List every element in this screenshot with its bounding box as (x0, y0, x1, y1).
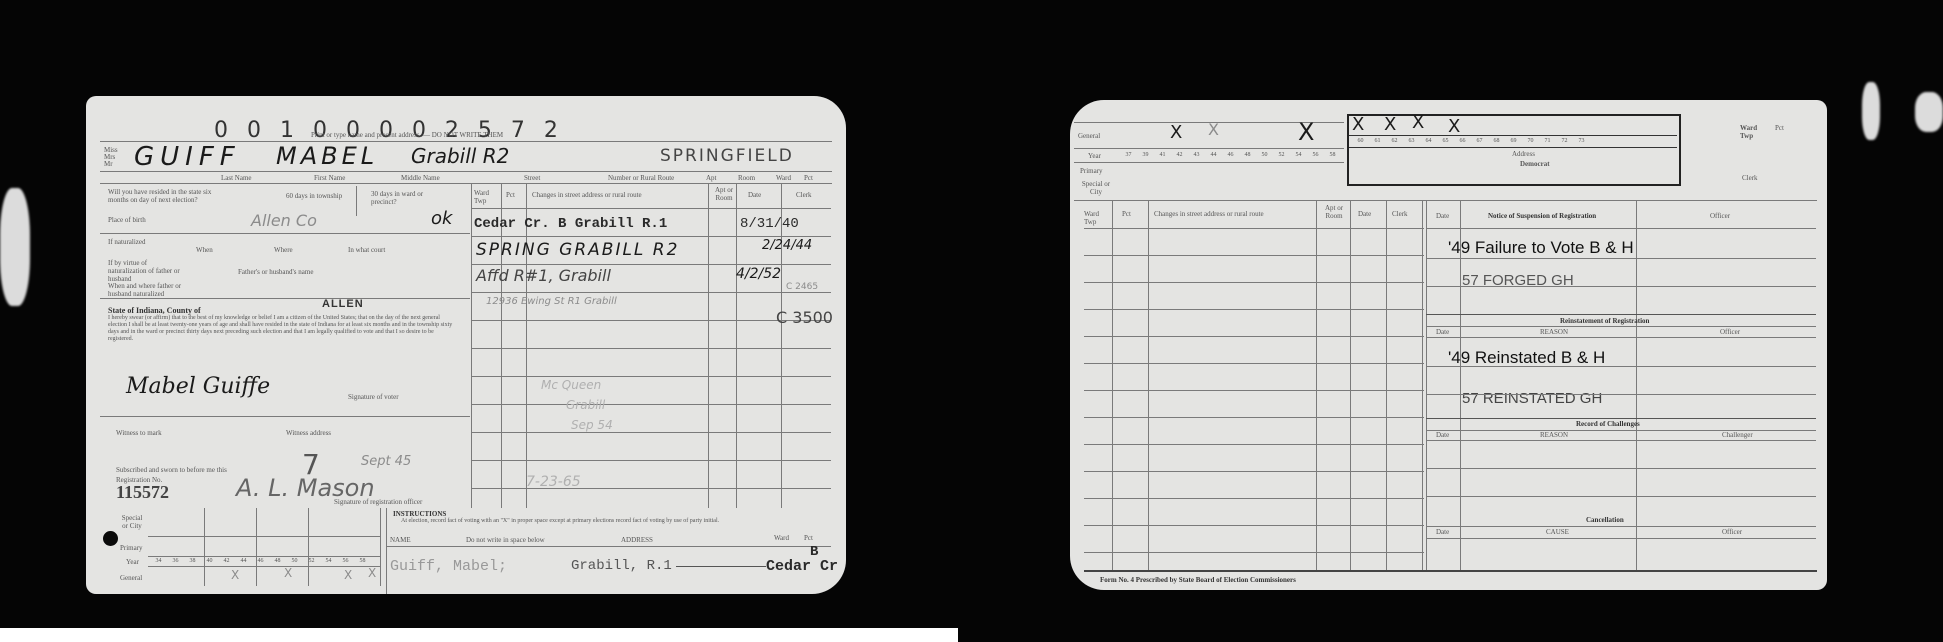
label-first-name: First Name (314, 174, 345, 182)
label-ward: Ward (776, 174, 791, 182)
label-when: When (196, 246, 213, 254)
vote-label-special: Special or City (120, 514, 144, 530)
year-cell: 54 (320, 558, 337, 564)
suspension-header-date: Date (1436, 212, 1449, 220)
ward-answer: ok (431, 208, 452, 229)
vote-label-primary: Primary (120, 544, 143, 552)
year-cell: 36 (167, 558, 184, 564)
vote-mark: X (1170, 122, 1182, 143)
residence-answer: Allen Co (251, 211, 317, 230)
question-residence: Will you have resided in the state six m… (108, 188, 218, 204)
registration-card-back: General Year Primary Special or City 37 … (1070, 100, 1827, 590)
year-cell: 42 (1171, 152, 1188, 158)
label-street: Street (524, 174, 540, 182)
label-pct: Pct (804, 174, 813, 182)
oath-text: I hereby swear (or affirm) that to the b… (108, 315, 460, 343)
grid-label-pct: Pct (1775, 124, 1784, 132)
registration-number: 115572 (116, 482, 169, 503)
grid-label-clerk: Clerk (1742, 174, 1758, 182)
street-handwritten: Grabill R2 (411, 144, 509, 168)
year-cell: 54 (1290, 152, 1307, 158)
registration-card-front: 0 0 1 0 0 0 0 2 5 7 2 Print or type name… (86, 96, 846, 594)
grid-label-address: Address (1512, 150, 1535, 158)
year-cell: 60 (1352, 138, 1369, 144)
question-township: 60 days in township (286, 192, 346, 200)
vote-mark: X (1448, 116, 1460, 137)
witness-address-label: Witness address (286, 429, 331, 437)
label-fathers-name: Father's or husband's name (238, 268, 313, 276)
label-naturalized: If naturalized (108, 238, 148, 246)
challenges-header-reason: REASON (1540, 431, 1568, 439)
label-room: Room (738, 174, 755, 182)
reinstatement-header-date: Date (1436, 328, 1449, 336)
year-cell: 61 (1369, 138, 1386, 144)
change-date-5: C 3500 (776, 308, 833, 327)
subscribed-label: Subscribed and sworn to before me this (116, 466, 227, 474)
grid-label-primary: Primary (1080, 167, 1103, 175)
change-date-1: 8/31/40 (740, 216, 799, 232)
change-row-2: SPRING GRABILL R2 (476, 240, 679, 260)
faint-note-4: 7-23-65 (526, 474, 581, 490)
year-cell: 70 (1522, 138, 1539, 144)
cancellation-header-date: Date (1436, 528, 1449, 536)
oath-month-year: Sept 45 (361, 454, 411, 469)
back-changes-header-pct: Pct (1122, 210, 1131, 218)
grid-label-democrat: Democrat (1520, 160, 1550, 168)
year-cell: 37 (1120, 152, 1137, 158)
year-cell: 48 (1239, 152, 1256, 158)
label-where: Where (274, 246, 293, 254)
vote-mark: X (1208, 120, 1219, 139)
vote-mark: X (284, 566, 292, 580)
punch-hole (103, 531, 118, 546)
last-name: GUIFF (134, 142, 241, 172)
year-row-right: 60 61 62 63 64 65 66 67 68 69 70 71 72 7… (1352, 138, 1590, 144)
instructions-do-not-write: Do not write in space below (466, 536, 545, 544)
year-cell: 44 (235, 558, 252, 564)
suspension-header-notice: Notice of Suspension of Registration (1488, 212, 1596, 220)
scan-artifact (0, 188, 30, 306)
label-last-name: Last Name (221, 174, 252, 182)
back-changes-header-ward: Ward Twp (1084, 210, 1109, 226)
year-cell: 62 (1386, 138, 1403, 144)
year-cell: 39 (1137, 152, 1154, 158)
year-cell: 46 (1222, 152, 1239, 158)
typed-footer-township: Cedar Cr (766, 558, 838, 575)
label-birth: Place of birth (108, 216, 148, 224)
vote-mark: X (344, 568, 352, 582)
change-date-3: 4/2/52 (736, 266, 781, 282)
label-middle-name: Middle Name (401, 174, 440, 182)
year-cell: 41 (1154, 152, 1171, 158)
label-by-virtue: If by virtue of naturalization of father… (108, 259, 183, 283)
year-cell: 38 (184, 558, 201, 564)
challenges-title: Record of Challenges (1576, 420, 1640, 428)
city-handwritten: SPRINGFIELD (660, 146, 794, 166)
year-cell: 52 (303, 558, 320, 564)
year-cell: 50 (1256, 152, 1273, 158)
typed-footer-address: Grabill, R.1 (571, 558, 672, 574)
grid-label-special: Special or City (1080, 180, 1112, 196)
vote-label-year: Year (126, 558, 139, 566)
cancellation-title: Cancellation (1586, 516, 1624, 524)
reinstatement-entry-2: 57 REINSTATED GH (1462, 390, 1602, 407)
year-cell: 46 (252, 558, 269, 564)
oath-state-county: State of Indiana, County of (108, 306, 201, 315)
voter-signature: Mabel Guiffe (126, 374, 270, 399)
instructions-address-label: ADDRESS (621, 536, 653, 544)
year-cell: 34 (150, 558, 167, 564)
back-changes-header-address: Changes in street address or rural route (1154, 210, 1264, 218)
faint-note-3: Sep 54 (571, 418, 613, 432)
suspension-entry-1: '49 Failure to Vote B & H (1448, 238, 1634, 258)
changes-header-clerk: Clerk (796, 191, 812, 199)
vote-mark: X (1298, 118, 1314, 146)
label-when-where: When and where father or husband natural… (108, 282, 203, 298)
year-cell: 68 (1488, 138, 1505, 144)
change-date-2: 2/24/44 (762, 238, 812, 253)
change-row-3: Affd R#1, Grabill (476, 266, 611, 285)
label-number: Number or Rural Route (608, 174, 674, 182)
year-cell: 50 (286, 558, 303, 564)
vote-mark: X (231, 568, 239, 582)
cancellation-header-officer: Officer (1722, 528, 1742, 536)
grid-label-year: Year (1088, 152, 1101, 160)
year-cell: 48 (269, 558, 286, 564)
first-name: MABEL (276, 142, 378, 170)
reinstatement-header-officer: Officer (1720, 328, 1740, 336)
year-cell: 58 (354, 558, 371, 564)
challenges-header-challenger: Challenger (1722, 431, 1753, 439)
scan-artifact (1862, 82, 1880, 140)
vote-mark: X (1384, 114, 1396, 135)
typed-footer-name: Guiff, Mabel; (390, 558, 507, 575)
year-cell: 56 (1307, 152, 1324, 158)
scan-artifact (1915, 92, 1943, 132)
change-date-4: C 2465 (786, 282, 818, 292)
back-changes-header-date: Date (1358, 210, 1371, 218)
witness-label: Witness to mark (116, 429, 162, 437)
challenges-header-date: Date (1436, 431, 1449, 439)
label-court: In what court (348, 246, 385, 254)
year-cell: 65 (1437, 138, 1454, 144)
changes-header-apt: Apt or Room (713, 186, 735, 202)
year-cell: 56 (337, 558, 354, 564)
form-footer: Form No. 4 Prescribed by State Board of … (1100, 576, 1296, 584)
back-changes-header-clerk: Clerk (1392, 210, 1408, 218)
cancellation-header-cause: CAUSE (1546, 528, 1569, 536)
year-cell: 67 (1471, 138, 1488, 144)
officer-label: Signature of registration officer (334, 498, 422, 506)
year-cell: 69 (1505, 138, 1522, 144)
bottom-white-strip (0, 628, 958, 642)
grid-label-general: General (1078, 132, 1100, 140)
vote-mark: X (368, 566, 376, 580)
instructions-title: INSTRUCTIONS (393, 510, 446, 518)
faint-note-2: Grabill (566, 398, 605, 412)
year-cell: 40 (201, 558, 218, 564)
grid-label-ward: Ward Twp (1740, 124, 1764, 140)
reinstatement-entry-1: '49 Reinstated B & H (1448, 348, 1605, 368)
year-cell: 58 (1324, 152, 1341, 158)
oath-county: ALLEN (322, 298, 364, 310)
instructions-name-label: NAME (390, 536, 411, 544)
vote-year-row: 34 36 38 40 42 44 46 48 50 52 54 56 58 (150, 558, 371, 564)
year-cell: 66 (1454, 138, 1471, 144)
label-apt: Apt (706, 174, 717, 182)
instructions-text: At election, record fact of voting with … (401, 518, 801, 525)
year-cell: 43 (1188, 152, 1205, 158)
year-cell: 73 (1573, 138, 1590, 144)
header-note: Print or type name and present address. … (311, 131, 503, 139)
year-row-left: 37 39 41 42 43 44 46 48 50 52 54 56 58 (1120, 152, 1341, 158)
year-cell: 42 (218, 558, 235, 564)
vote-label-general: General (120, 574, 142, 582)
instructions-pct-label: Pct (804, 534, 813, 542)
changes-header-ward: Ward Twp (474, 189, 499, 205)
vote-mark: X (1412, 112, 1424, 133)
year-cell: 72 (1556, 138, 1573, 144)
title-prefix-mr: Mr (104, 160, 113, 168)
year-cell: 44 (1205, 152, 1222, 158)
change-row-4: 12936 Ewing St R1 Grabill (486, 296, 617, 307)
reinstatement-title: Reinstatement of Registration (1560, 317, 1649, 325)
suspension-header-officer: Officer (1710, 212, 1730, 220)
year-cell: 52 (1273, 152, 1290, 158)
vote-mark: X (1352, 114, 1364, 135)
instructions-ward-label: Ward (774, 534, 789, 542)
back-changes-header-apt: Apt or Room (1320, 204, 1348, 220)
reinstatement-header-reason: REASON (1540, 328, 1568, 336)
year-cell: 64 (1420, 138, 1437, 144)
change-row-1: Cedar Cr. B Grabill R.1 (474, 216, 667, 232)
signature-label: Signature of voter (348, 393, 399, 401)
changes-header-address: Changes in street address or rural route (532, 191, 642, 199)
faint-note-1: Mc Queen (541, 378, 601, 392)
changes-header-date: Date (748, 191, 761, 199)
changes-header-pct: Pct (506, 191, 515, 199)
year-cell: 71 (1539, 138, 1556, 144)
question-ward: 30 days in ward or precinct? (371, 190, 441, 206)
year-cell: 63 (1403, 138, 1420, 144)
